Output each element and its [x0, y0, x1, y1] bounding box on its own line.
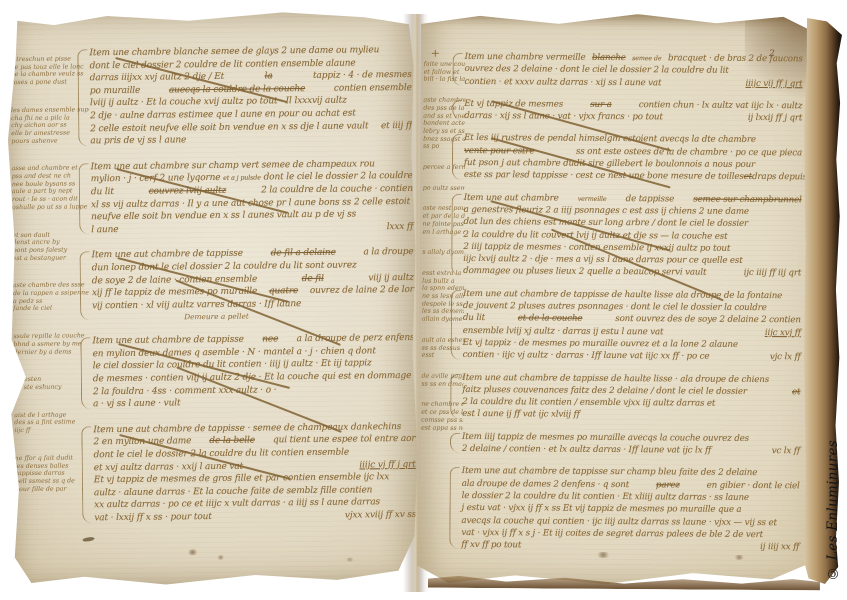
ink-stain — [733, 555, 745, 560]
interlinear-insert: semee de — [632, 52, 661, 65]
margin-note-line: est appa ss nd — [421, 424, 463, 432]
line-text: vat · lxxij ff x ss · pour tout — [94, 511, 212, 525]
struck-text: la — [265, 71, 273, 84]
sum-amount: iiijc vij ff j qrt — [746, 77, 803, 90]
sum-amount: ijc iiij ff iij qrt — [744, 267, 802, 280]
struck-text: parez — [656, 479, 680, 491]
left-page: a treschun et pissene pas touz elle le l… — [5, 10, 419, 586]
plus-mark: + — [431, 47, 440, 60]
sum-amount: lxxx ff — [387, 221, 414, 234]
underlined-sum: iijc xvj ff — [765, 328, 801, 338]
manuscript-line: au pris de vj ss l aune — [90, 132, 412, 148]
manuscript-line: est l aune ij ff vat ijc xlviij ff — [462, 408, 800, 423]
manuscript-line: ff xv ff po toutij iiij xx ff — [461, 539, 799, 554]
sum-amount: iijc xvj ff — [765, 327, 801, 340]
struck-text: et de la couche — [518, 313, 583, 326]
manuscript-paragraph: Item une aut chambre vermeille de tappis… — [463, 192, 802, 280]
manuscript-paragraph: Item une chambre vermeille blanche semee… — [464, 51, 802, 90]
manuscript-line: 2 delaine / contien · et lx aultz darras… — [462, 443, 800, 458]
right-page: 2 + faite une coucheet fallow etbill · l… — [417, 13, 815, 586]
underlined-sum: iiijc vj ff j qrt — [359, 459, 416, 472]
sum-amount: vc lx ff — [772, 445, 800, 457]
copyright-credit: © Les Enluminures — [820, 422, 846, 598]
line-text: contien · iijc vj aultz · darras · Iff l… — [463, 349, 710, 363]
ink-stain — [345, 558, 355, 562]
sum-amount: vjxx xviij ff xv ss — [345, 509, 417, 522]
manuscript-line: l aunelxxx ff — [91, 221, 413, 237]
right-page-text-column: Item une chambre vermeille blanche semee… — [461, 51, 802, 554]
sum-amount: vjc lx ff — [770, 351, 801, 364]
margin-note-line: po aultz ssemes — [423, 184, 465, 192]
margin-note: po aultz ssemes — [423, 184, 465, 192]
paragraph-note: Demeure a pellet — [184, 310, 414, 321]
ink-stain — [82, 536, 94, 542]
manuscript-paragraph: Item une aut chambre de tappisse nee a l… — [92, 332, 415, 411]
struck-text: semee sur champbrunnel — [693, 193, 802, 206]
manuscript-paragraph: Item iiij tappiz de mesmes po muraille a… — [462, 431, 800, 458]
manuscript-paragraph: Item une aut chambre de tappisse de fil … — [91, 246, 414, 322]
sum-amount: et iiij ff — [381, 119, 412, 132]
underlined-sum: iiijc vij ff j qrt — [746, 78, 803, 88]
manuscript-line: darras · xij ss l aune · vat · vjxx fran… — [464, 110, 802, 125]
manuscript-line: contien · iijc vj aultz · darras · Iff l… — [463, 349, 801, 364]
line-text: ff xv ff po tout — [461, 539, 521, 552]
sum-amount: ij iiij xx ff — [760, 541, 799, 554]
ink-stain — [187, 549, 199, 555]
line-text: l aune — [91, 224, 118, 237]
manuscript-line: vat · lxxij ff x ss · pour toutvjxx xvii… — [94, 509, 416, 525]
struck-text: de la belle — [209, 435, 255, 448]
manuscript-line: contien · et xxxv aultz darras · xij ss … — [464, 76, 802, 91]
manuscript-paragraph: Item une aut chambre de tappisse sur cha… — [461, 465, 800, 553]
interlinear-insert: vermeille — [578, 192, 607, 204]
manuscript-paragraph: Item une aut chambre de tappisse de haul… — [463, 288, 802, 364]
struck-text: et — [792, 386, 800, 398]
manuscript-paragraph: Et vj tappiz de mesmes sur a contien chu… — [464, 98, 802, 125]
left-page-text-column: Item une chambre blanche semee de glays … — [89, 44, 416, 525]
struck-text: blanche — [592, 52, 626, 65]
manuscript-paragraph: Item une aut chambre sur champ vert seme… — [91, 158, 414, 237]
manuscript-paragraph: Item une chambre blanche semee de glays … — [89, 44, 412, 148]
struck-text: de fil a delaine — [271, 247, 336, 260]
margin-note-line: bandent acte po et — [423, 120, 465, 128]
struck-text: de fil — [302, 272, 324, 285]
line-text: contien · et xxxv aultz darras · xij ss … — [464, 76, 661, 90]
interlinear-insert: et a j pulsde — [223, 172, 261, 185]
manuscript-paragraph: Et les iij rustres de pendal himselgm es… — [464, 132, 802, 184]
manuscript-photograph: a treschun et pissene pas touz elle le l… — [0, 0, 847, 600]
sum-amount: ij lxxij ff j qrt — [748, 112, 802, 125]
ink-stain — [595, 552, 611, 558]
line-text: 2 delaine / contien · et lx aultz darras… — [462, 443, 711, 457]
manuscript-paragraph: Item une aut chambre de tappisse · semee… — [93, 421, 416, 525]
manuscript-paragraph: Item une aut chambre de tappisse de haul… — [462, 371, 800, 423]
manuscript-line: dommagee ou pluses lieux 2 quelle a beau… — [463, 265, 801, 280]
struck-text: sur a — [590, 99, 611, 111]
struck-text: et — [744, 171, 752, 183]
ink-stain — [217, 555, 225, 560]
struck-text: nee — [262, 334, 278, 347]
